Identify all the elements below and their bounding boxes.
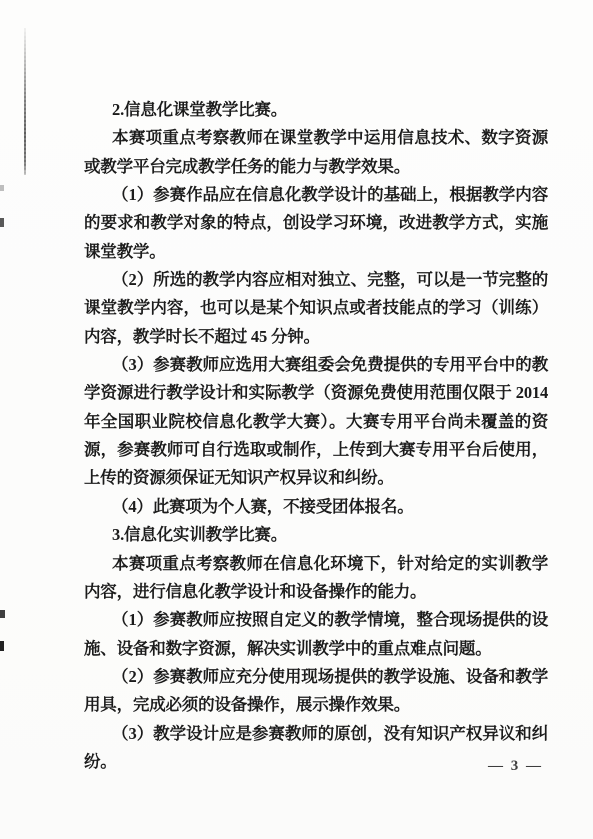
scan-artifact-edge-mark xyxy=(0,185,4,191)
page-number: — 3 — xyxy=(488,758,543,774)
paragraph-practical-contest-overview: 本赛项重点考察教师在信息化环境下，针对给定的实训教学内容，进行信息化教学设计和设… xyxy=(84,550,548,607)
scan-artifact-edge-mark xyxy=(0,610,5,618)
scan-artifact-vertical-line xyxy=(24,28,26,175)
paragraph-practical-rule-2: （2）参赛教师应充分使用现场提供的教学设施、设备和教学用具，完成必须的设备操作，… xyxy=(84,663,548,720)
scanned-document-page: 2.信息化课堂教学比赛。 本赛项重点考察教师在课堂教学中运用信息技术、数字资源或… xyxy=(0,0,593,839)
paragraph-classroom-rule-4: （4）此赛项为个人赛，不接受团体报名。 xyxy=(84,493,548,521)
paragraph-classroom-rule-2: （2）所选的教学内容应相对独立、完整，可以是一节完整的课堂教学内容，也可以是某个… xyxy=(84,266,548,351)
scan-artifact-edge-mark xyxy=(0,218,4,227)
paragraph-practical-rule-3: （3）教学设计应是参赛教师的原创，没有知识产权异议和纠纷。 xyxy=(84,720,548,777)
document-body: 2.信息化课堂教学比赛。 本赛项重点考察教师在课堂教学中运用信息技术、数字资源或… xyxy=(84,96,548,776)
paragraph-classroom-rule-1: （1）参赛作品应在信息化教学设计的基础上，根据教学内容的要求和教学对象的特点，创… xyxy=(84,181,548,266)
paragraph-classroom-contest-overview: 本赛项重点考察教师在课堂教学中运用信息技术、数字资源或教学平台完成教学任务的能力… xyxy=(84,124,548,181)
section-heading-classroom-teaching-contest: 2.信息化课堂教学比赛。 xyxy=(84,96,548,124)
paragraph-practical-rule-1: （1）参赛教师应按照自定义的教学情境，整合现场提供的设施、设备和数字资源，解决实… xyxy=(84,606,548,663)
paragraph-classroom-rule-3: （3）参赛教师应选用大赛组委会免费提供的专用平台中的教学资源进行教学设计和实际教… xyxy=(84,351,548,493)
section-heading-practical-teaching-contest: 3.信息化实训教学比赛。 xyxy=(84,521,548,549)
scan-artifact-edge-mark xyxy=(0,641,4,651)
